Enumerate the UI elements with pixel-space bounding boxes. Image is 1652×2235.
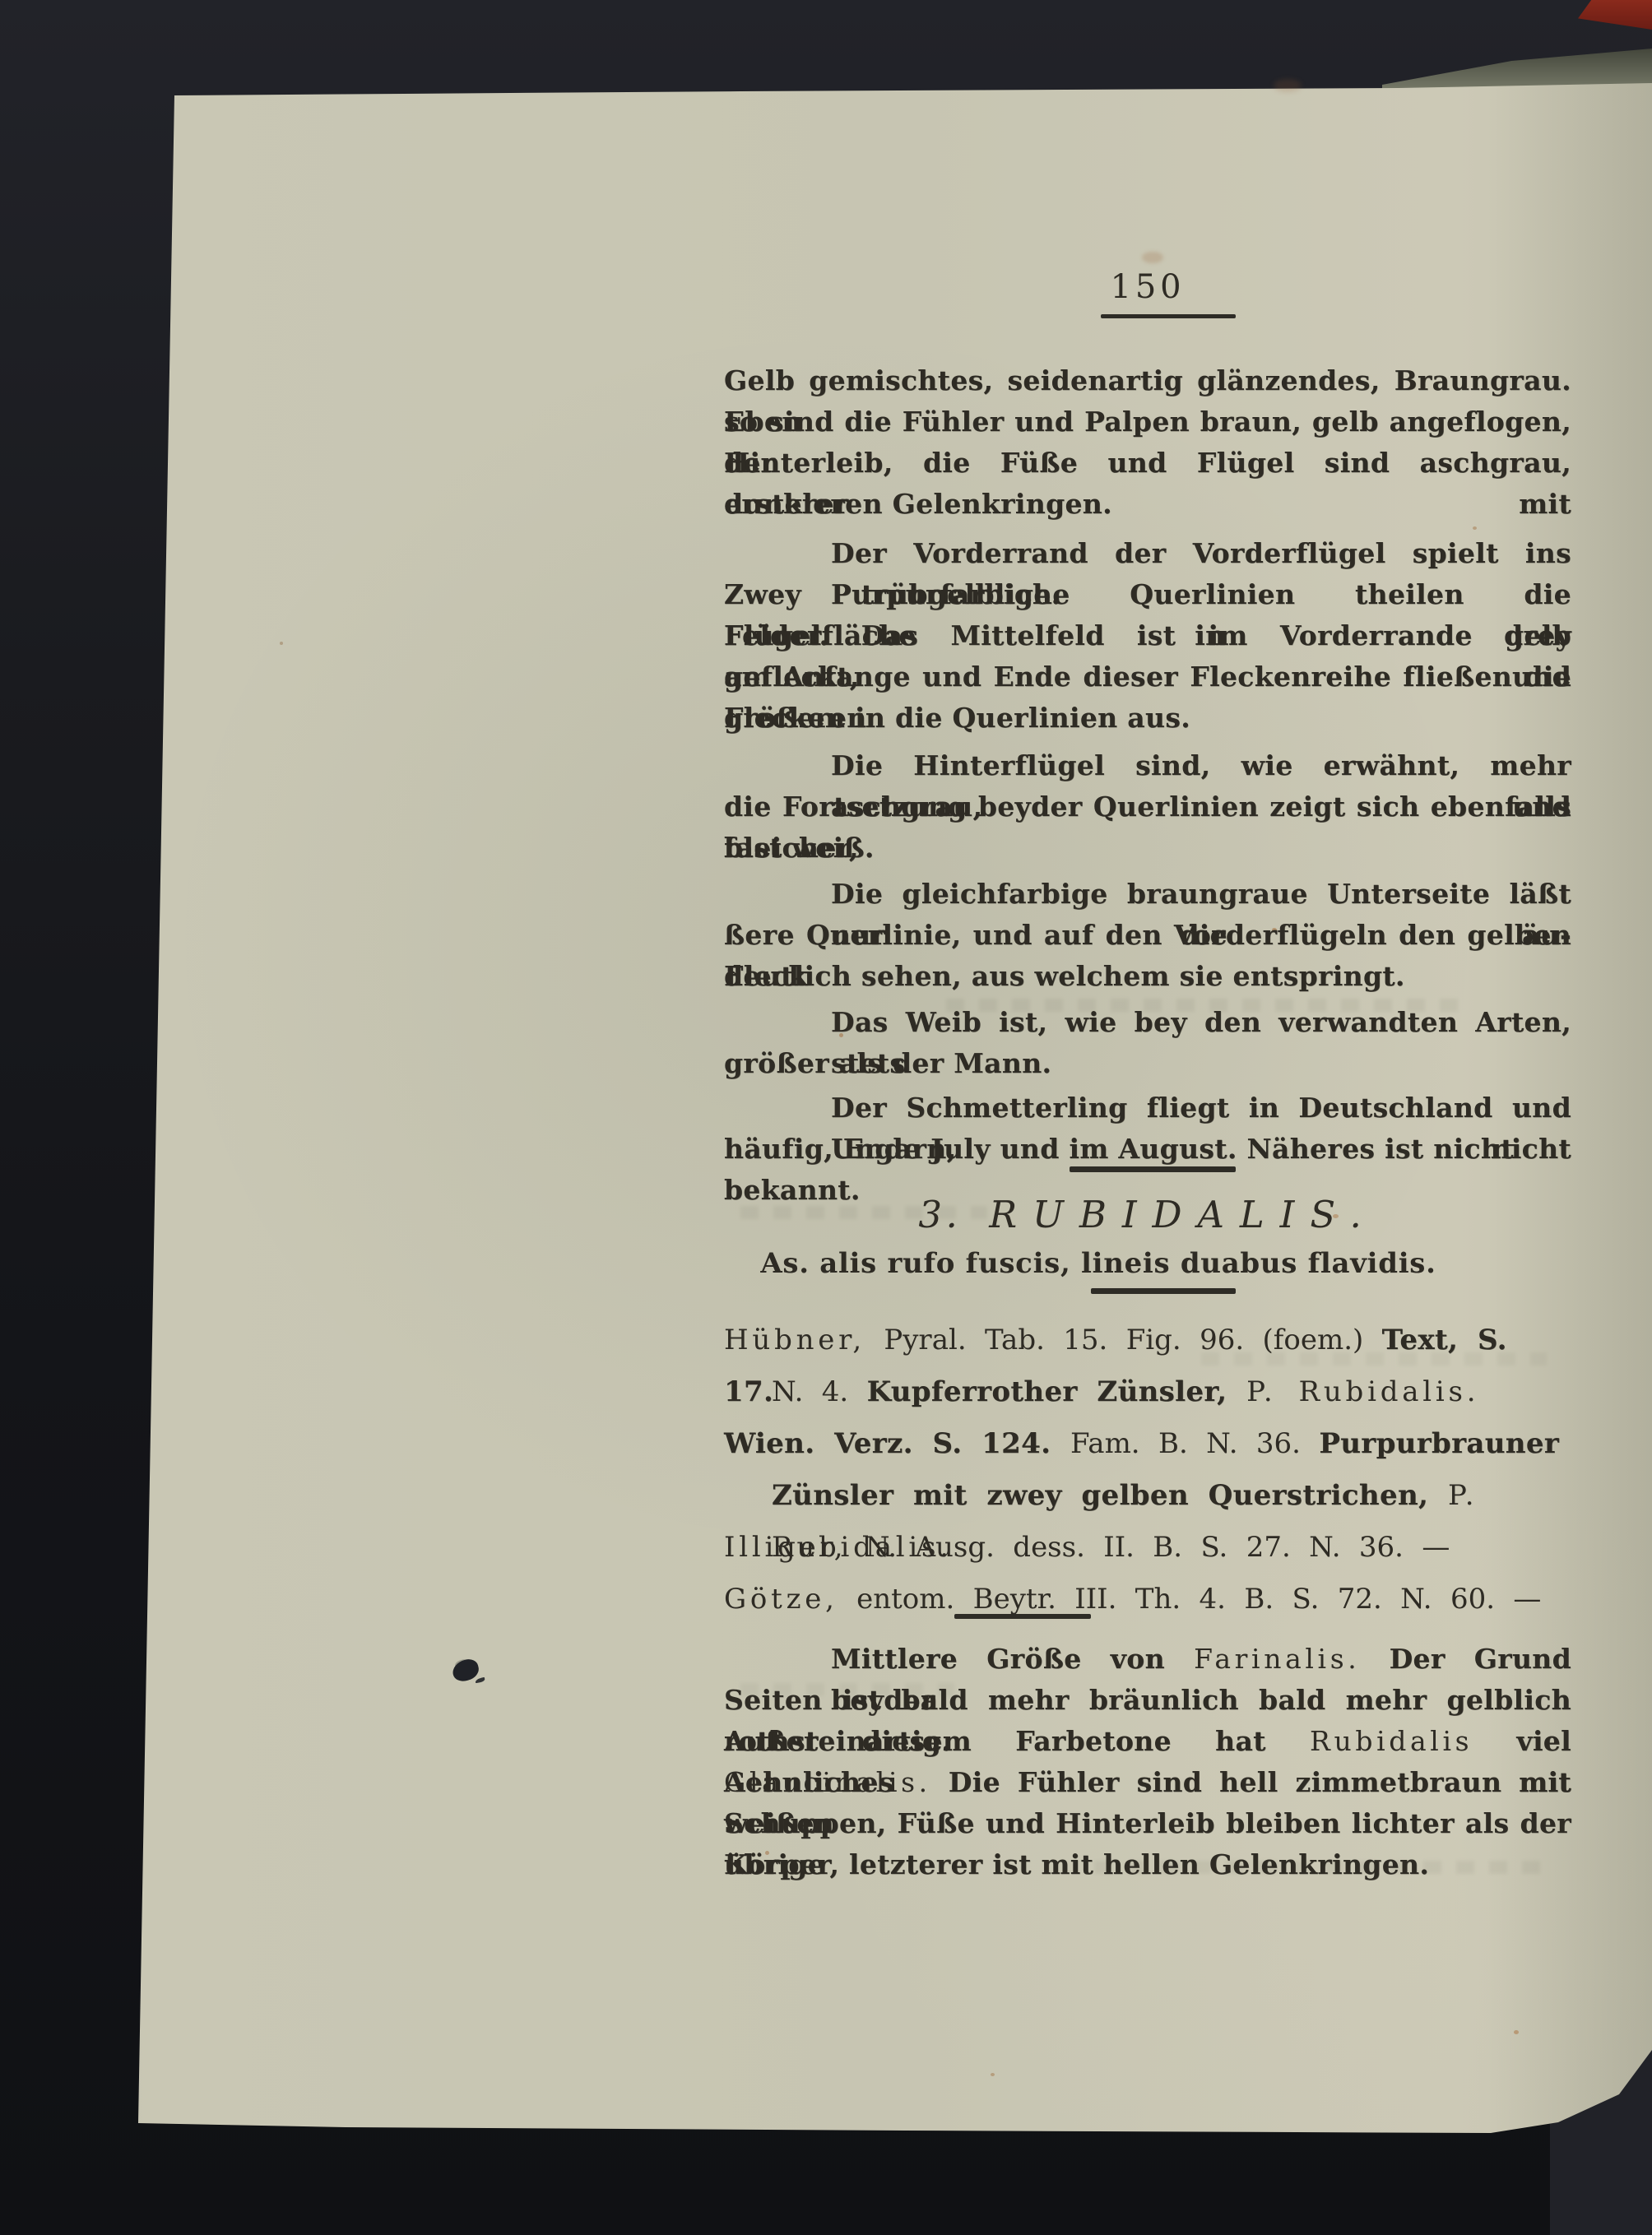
text-segment: Purpurbrauner: [1319, 1427, 1559, 1460]
text-line: Der Vorderrand der Vorderflügel spielt i…: [724, 533, 1571, 574]
species-number: 3.: [918, 1193, 961, 1236]
bibliography-line: Götze, entom. Beytr. III. Th. 4. B. S. 7…: [724, 1574, 1571, 1625]
text-line: so sind die Fühler und Palpen braun, gel…: [724, 401, 1571, 443]
text-segment: entom. Beytr. III. Th. 4. B. S. 72. N. 6…: [838, 1583, 1542, 1616]
text-segment: Außer diesem Farbetone hat: [724, 1725, 1310, 1757]
text-segment: Farinalis.: [1194, 1643, 1360, 1675]
text-line: die Fortsetzung beyder Querlinien zeigt …: [724, 786, 1571, 828]
text-segment: Körper, letzterer ist mit hellen Gelenkr…: [724, 1848, 1429, 1880]
bibliography-line: Hübner, Pyral. Tab. 15. Fig. 96. (foem.)…: [724, 1315, 1571, 1366]
paragraph-1: Gelb gemischtes, seidenartig glänzendes,…: [724, 360, 1571, 525]
text-line: Außer diesem Farbetone hat Rubidalis vie…: [724, 1721, 1571, 1762]
bibliography-line: Wien. Verz. S. 124. Fam. B. N. 36. Purpu…: [724, 1418, 1571, 1470]
bibliography-line: Zünsler mit zwey gelben Querstrichen, P.…: [724, 1470, 1571, 1522]
text-line: Die gleichfarbige braungraue Unterseite …: [724, 874, 1571, 915]
text-line: Schuppen, Füße und Hinterleib bleiben li…: [724, 1803, 1571, 1844]
text-line: Der Schmetterling fliegt in Deutschland …: [724, 1087, 1571, 1129]
bibliography: Hübner, Pyral. Tab. 15. Fig. 96. (foem.)…: [724, 1315, 1571, 1625]
text-segment: Mittlere Größe von: [831, 1643, 1194, 1675]
text-line: Felder. Das Mittelfeld ist im Vorderrand…: [724, 615, 1571, 656]
page-number-rule: [1101, 314, 1236, 318]
text-segment: Flecken in die Querlinien aus.: [724, 702, 1190, 734]
bibliography-line: Illiger, N. Ausg. dess. II. B. S. 27. N.…: [724, 1522, 1571, 1574]
text-line: Das Weib ist, wie bey den verwandten Art…: [724, 1002, 1571, 1043]
page-edge-shadow: [1382, 43, 1652, 90]
text-segment: deutlich sehen, aus welchem sie entsprin…: [724, 960, 1405, 992]
paper-speck: [1514, 2030, 1519, 2034]
text-line: Hinterleib, die Füße und Flügel sind asc…: [724, 443, 1571, 484]
paragraph-4: Die gleichfarbige braungraue Unterseite …: [724, 874, 1571, 997]
latin-diagnosis: As. alis rufo fuscis, lineis duabus flav…: [724, 1247, 1571, 1280]
text-segment: dunkleren Gelenkringen.: [724, 488, 1112, 520]
text-line: Seiten ist bald mehr bräunlich bald mehr…: [724, 1680, 1571, 1721]
paragraph-3: Die Hinterflügel sind, wie erwähnt, mehr…: [724, 745, 1571, 869]
text-line: fast weiß.: [724, 828, 1571, 869]
text-segment: Fam. B. N. 36.: [1070, 1427, 1319, 1460]
paragraph-5: Das Weib ist, wie bey den verwandten Art…: [724, 1002, 1571, 1084]
text-segment: N. 4.: [772, 1375, 867, 1408]
separator-rule-3: [954, 1614, 1091, 1619]
text-line: Die Hinterflügel sind, wie erwähnt, mehr…: [724, 745, 1571, 786]
text-segment: Götze,: [724, 1583, 838, 1616]
description-paragraph: Mittlere Größe von Farinalis. Der Grund …: [724, 1639, 1571, 1885]
paper-speck: [1473, 526, 1477, 530]
text-segment: Hübner,: [724, 1324, 865, 1356]
text-segment: N. Ausg. dess. II. B. S. 27. N. 36. —: [847, 1531, 1450, 1564]
scanned-book-photo: { "document": { "page_number": "150", "p…: [0, 0, 1652, 2235]
book-cover-sliver: [1578, 0, 1652, 30]
text-line: Flecken in die Querlinien aus.: [724, 698, 1571, 739]
text-segment: Rubidalis: [1310, 1725, 1473, 1757]
text-line: am Anfange und Ende dieser Fleckenreihe …: [724, 656, 1571, 698]
text-segment: Zünsler mit zwey gelben Querstrichen,: [772, 1479, 1448, 1512]
paper-speck: [280, 642, 283, 645]
text-segment: Illiger,: [724, 1531, 847, 1564]
text-line: Gelb gemischtes, seidenartig glänzendes,…: [724, 360, 1571, 401]
text-segment: Wien. Verz. S. 124.: [724, 1427, 1070, 1460]
text-line: Glaucinalis. Die Fühler sind hell zimmet…: [724, 1762, 1571, 1803]
species-heading: 3.RUBIDALIS.: [724, 1193, 1571, 1236]
text-line: deutlich sehen, aus welchem sie entsprin…: [724, 956, 1571, 997]
text-line: ßere Querlinie, und auf den Vorderflügel…: [724, 915, 1571, 956]
paper-stain: [1142, 252, 1163, 263]
text-segment: P. Rubidalis.: [1246, 1375, 1479, 1408]
text-line: Körper, letzterer ist mit hellen Gelenkr…: [724, 1844, 1571, 1885]
text-segment: Pyral. Tab. 15. Fig. 96. (foem.): [865, 1324, 1382, 1356]
text-segment: größer als der Mann.: [724, 1047, 1051, 1079]
paper-speck: [991, 2073, 995, 2076]
text-line: Mittlere Größe von Farinalis. Der Grund …: [724, 1639, 1571, 1680]
page-number: 150: [724, 268, 1571, 306]
separator-rule-1: [1070, 1166, 1236, 1172]
paragraph-2: Der Vorderrand der Vorderflügel spielt i…: [724, 533, 1571, 739]
text-line: Zwey trübgelbliche Querlinien theilen di…: [724, 574, 1571, 615]
bibliography-line: N. 4. Kupferrother Zünsler, P. Rubidalis…: [724, 1366, 1571, 1418]
text-segment: fast weiß.: [724, 832, 875, 864]
paragraph-6: Der Schmetterling fliegt in Deutschland …: [724, 1087, 1571, 1170]
text-line: häufig, Ende July und im August. Näheres…: [724, 1129, 1571, 1170]
text-segment: Glaucinalis.: [724, 1766, 931, 1798]
paper-stain: [1274, 79, 1302, 92]
text-line: größer als der Mann.: [724, 1043, 1571, 1084]
text-segment: Kupferrother Zünsler,: [867, 1375, 1247, 1408]
species-name: RUBIDALIS.: [989, 1193, 1376, 1236]
separator-rule-2: [1091, 1288, 1236, 1294]
